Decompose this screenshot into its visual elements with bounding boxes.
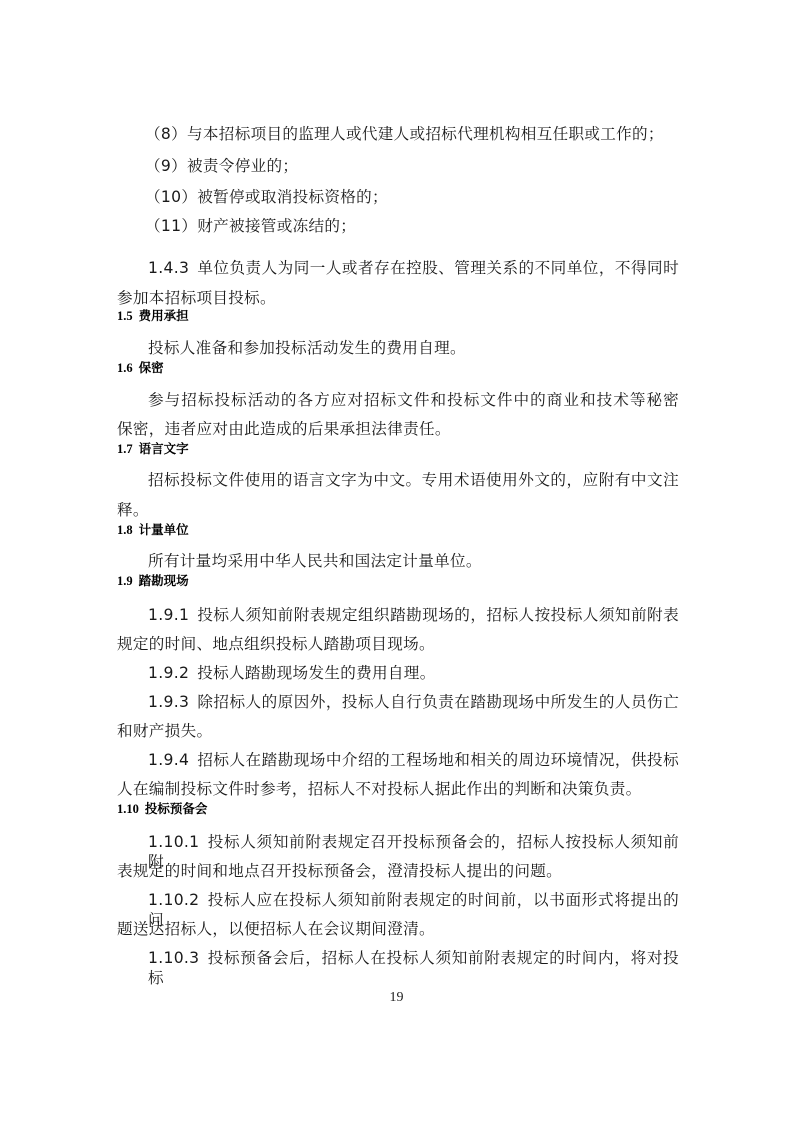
clause-1-9-1: 1.9.1投标人须知前附表规定组织踏勘现场的，招标人按投标人须知前附表 bbox=[148, 605, 679, 625]
clause-number: 1.10.3 bbox=[148, 949, 199, 967]
clause-text: 投标预备会后，招标人在投标人须知前附表规定的时间内，将对投标 bbox=[148, 949, 679, 987]
clause-number: 1.9.4 bbox=[148, 751, 189, 769]
section-heading-1-8: 1.8计量单位 bbox=[117, 522, 189, 538]
section-title: 踏勘现场 bbox=[139, 573, 189, 588]
document-page: （8）与本招标项目的监理人或代建人或招标代理机构相互任职或工作的； （9）被责令… bbox=[0, 0, 793, 1122]
section-number: 1.9 bbox=[117, 574, 133, 588]
clause-continuation: 和财产损失。 bbox=[117, 721, 679, 741]
clause-continuation: 人在编制投标文件时参考，招标人不对投标人据此作出的判断和决策负责。 bbox=[117, 779, 679, 799]
section-number: 1.5 bbox=[117, 309, 133, 323]
section-title: 保密 bbox=[139, 360, 164, 375]
section-body-continuation: 保密，违者应对由此造成的后果承担法律责任。 bbox=[117, 419, 679, 439]
clause-text: 投标人踏勘现场发生的费用自理。 bbox=[197, 664, 435, 682]
list-item: （9）被责令停业的； bbox=[145, 156, 707, 176]
section-number: 1.7 bbox=[117, 442, 133, 456]
clause-1-4-3: 1.4.3单位负责人为同一人或者存在控股、管理关系的不同单位，不得同时 bbox=[148, 258, 679, 278]
clause-number: 1.9.1 bbox=[148, 606, 189, 624]
clause-continuation: 表规定的时间和地点召开投标预备会，澄清投标人提出的问题。 bbox=[117, 861, 679, 881]
clause-number: 1.10.2 bbox=[148, 891, 199, 909]
section-body: 投标人准备和参加投标活动发生的费用自理。 bbox=[148, 338, 679, 358]
section-title: 费用承担 bbox=[139, 308, 189, 323]
section-number: 1.6 bbox=[117, 361, 133, 375]
list-item: （10）被暂停或取消投标资格的； bbox=[145, 187, 707, 207]
clause-number: 1.9.3 bbox=[148, 693, 189, 711]
section-body-continuation: 释。 bbox=[117, 500, 679, 520]
section-heading-1-7: 1.7语言文字 bbox=[117, 441, 189, 457]
section-body: 招标投标文件使用的语言文字为中文。专用术语使用外文的，应附有中文注 bbox=[148, 470, 679, 490]
clause-1-9-2: 1.9.2投标人踏勘现场发生的费用自理。 bbox=[148, 663, 679, 683]
clause-continuation: 题送达招标人，以便招标人在会议期间澄清。 bbox=[117, 919, 679, 939]
clause-text: 投标人须知前附表规定组织踏勘现场的，招标人按投标人须知前附表 bbox=[197, 606, 679, 624]
section-heading-1-6: 1.6保密 bbox=[117, 360, 164, 376]
clause-number: 1.10.1 bbox=[148, 833, 199, 851]
section-body: 参与招标投标活动的各方应对招标文件和投标文件中的商业和技术等秘密 bbox=[148, 390, 679, 410]
section-heading-1-5: 1.5费用承担 bbox=[117, 308, 189, 324]
clause-1-10-3: 1.10.3投标预备会后，招标人在投标人须知前附表规定的时间内，将对投标 bbox=[148, 948, 679, 988]
clause-text: 单位负责人为同一人或者存在控股、管理关系的不同单位，不得同时 bbox=[197, 259, 679, 277]
section-body: 所有计量均采用中华人民共和国法定计量单位。 bbox=[148, 551, 679, 571]
section-title: 投标预备会 bbox=[145, 801, 208, 816]
clause-number: 1.9.2 bbox=[148, 664, 189, 682]
section-title: 语言文字 bbox=[139, 441, 189, 456]
clause-continuation: 参加本招标项目投标。 bbox=[117, 288, 679, 308]
list-item: （8）与本招标项目的监理人或代建人或招标代理机构相互任职或工作的； bbox=[145, 124, 707, 144]
section-heading-1-9: 1.9踏勘现场 bbox=[117, 573, 189, 589]
list-item: （11）财产被接管或冻结的； bbox=[145, 216, 707, 236]
clause-1-9-3: 1.9.3除招标人的原因外，投标人自行负责在踏勘现场中所发生的人员伤亡 bbox=[148, 692, 679, 712]
section-number: 1.8 bbox=[117, 523, 133, 537]
clause-1-9-4: 1.9.4招标人在踏勘现场中介绍的工程场地和相关的周边环境情况，供投标 bbox=[148, 750, 679, 770]
page-number: 19 bbox=[0, 990, 793, 1006]
clause-continuation: 规定的时间、地点组织投标人踏勘项目现场。 bbox=[117, 634, 679, 654]
clause-text: 招标人在踏勘现场中介绍的工程场地和相关的周边环境情况，供投标 bbox=[197, 751, 679, 769]
section-number: 1.10 bbox=[117, 802, 139, 816]
section-title: 计量单位 bbox=[139, 522, 189, 537]
clause-number: 1.4.3 bbox=[148, 259, 189, 277]
clause-text: 除招标人的原因外，投标人自行负责在踏勘现场中所发生的人员伤亡 bbox=[197, 693, 679, 711]
section-heading-1-10: 1.10投标预备会 bbox=[117, 801, 207, 817]
